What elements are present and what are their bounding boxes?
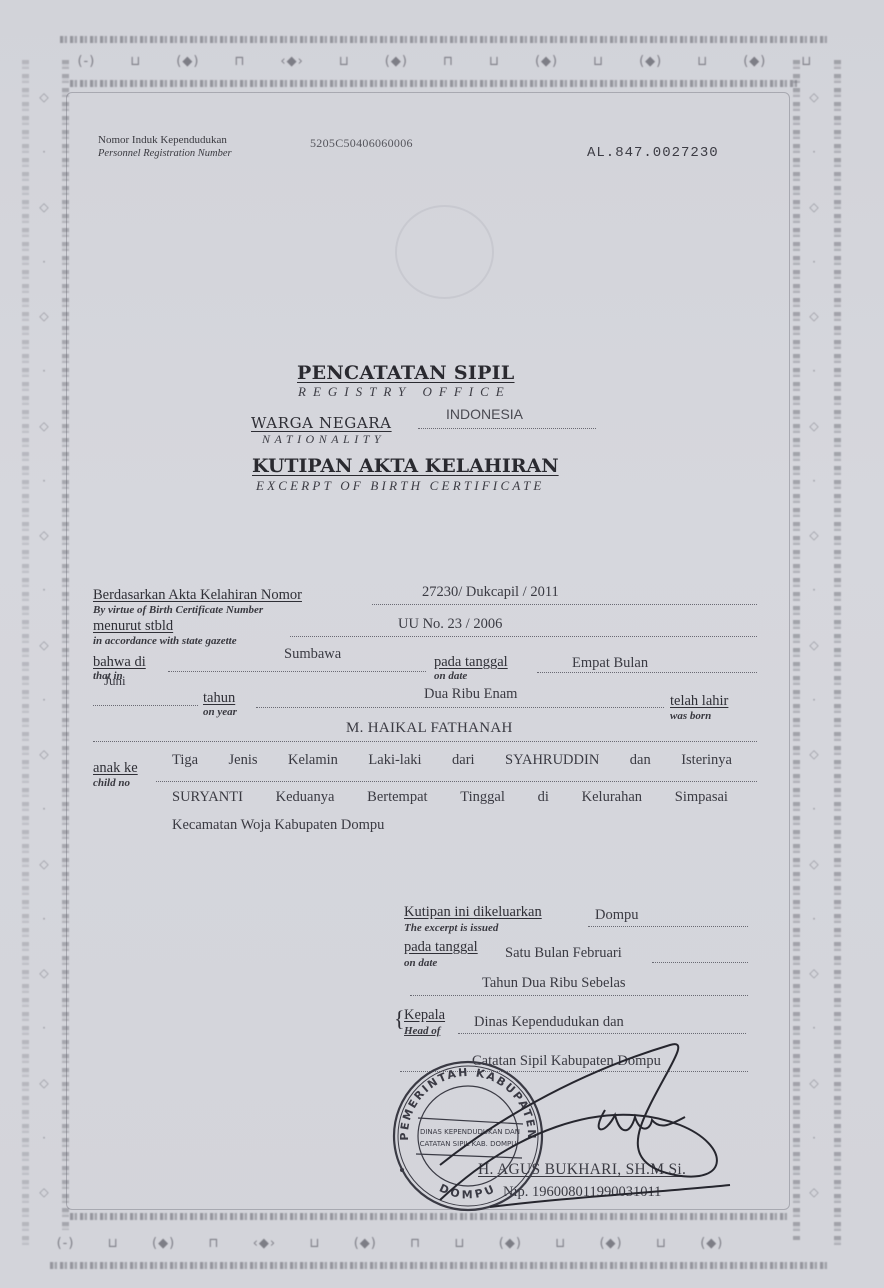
issued-label-en: The excerpt is issued: [404, 922, 498, 934]
border-band-left-outer: [22, 60, 29, 1250]
nik-label-id: Nomor Induk Kependudukan: [98, 134, 232, 147]
issue-year-value: Tahun Dua Ribu Sebelas: [482, 975, 626, 992]
nationality-value: INDONESIA: [446, 406, 523, 422]
border-motif-glyph: (◆): [639, 54, 662, 69]
issued-place-leader: [588, 926, 748, 927]
details-word: SYAHRUDDIN: [505, 752, 599, 769]
month-leader: [93, 705, 198, 706]
issued-label: Kutipan ini dikeluarkan: [404, 904, 542, 921]
head-label: Kepala: [404, 1007, 445, 1024]
border-motif-glyph: ·: [812, 802, 816, 816]
details-line-1: TigaJenisKelaminLaki-lakidariSYAHRUDDINd…: [172, 752, 732, 769]
issued-place: Dompu: [595, 907, 639, 924]
details-word: SURYANTI: [172, 789, 243, 806]
year-label-en: on year: [203, 706, 237, 718]
place-leader: [168, 671, 426, 672]
cert-number-label-en: By virtue of Birth Certificate Number: [93, 604, 263, 616]
border-motif-glyph: ·: [42, 1131, 46, 1145]
month-value: Juni: [104, 673, 126, 689]
border-band-bottom-outer: [50, 1262, 830, 1269]
stbld-label-en: in accordance with state gazette: [93, 635, 237, 647]
year-label: tahun: [203, 690, 235, 707]
details-word: Kelamin: [288, 752, 338, 769]
details-word: dari: [452, 752, 475, 769]
border-motif-glyph: ·: [812, 583, 816, 597]
issue-date-label: pada tanggal: [404, 939, 478, 956]
border-motif-glyph: (◆): [385, 54, 408, 69]
border-motif-glyph: ◇: [809, 638, 818, 652]
border-motif-glyph: ·: [812, 364, 816, 378]
child-no-leader: [156, 781, 757, 782]
border-motif-glyph: ◇: [39, 638, 48, 652]
border-motif-glyph: ⊔: [108, 1236, 119, 1251]
border-motif-glyph: ·: [812, 255, 816, 269]
border-motif-glyph: ·: [812, 145, 816, 159]
child-no-label-en: child no: [93, 777, 130, 789]
year-leader: [256, 707, 664, 708]
office-title-en: REGISTRY OFFICE: [298, 384, 511, 400]
border-motif-glyph: ⊔: [454, 1236, 465, 1251]
border-motif-glyph: (◆): [599, 1236, 622, 1251]
border-motif-glyph: ◇: [39, 747, 48, 761]
stbld-label: menurut stbld: [93, 618, 173, 635]
border-motif-glyph: ◇: [809, 747, 818, 761]
details-word: Tinggal: [460, 789, 505, 806]
nik-value: 5205C50406060006: [310, 136, 413, 151]
border-motif-glyph: ⊔: [339, 54, 350, 69]
details-word: dan: [630, 752, 651, 769]
border-motif-glyph: ·: [42, 255, 46, 269]
border-motif-glyph: ◇: [809, 309, 818, 323]
border-motif-glyph: ◇: [39, 90, 48, 104]
border-motif-glyph: ·: [42, 474, 46, 488]
details-word: Isterinya: [681, 752, 732, 769]
border-motif-glyph: ⊓: [234, 54, 245, 69]
border-motif-glyph: ◇: [809, 1185, 818, 1199]
border-motif-glyph: ·: [42, 583, 46, 597]
date-label: pada tanggal: [434, 654, 508, 671]
border-motif-glyph: ◇: [39, 200, 48, 214]
border-motif-glyph: ◇: [39, 857, 48, 871]
certificate-title-en: EXCERPT OF BIRTH CERTIFICATE: [256, 478, 545, 494]
border-motif-glyph: (-): [57, 1236, 75, 1251]
born-label: telah lahir: [670, 693, 728, 710]
nationality-leader: [418, 428, 596, 429]
border-motif-top: (-)⊔(◆)⊓‹◆›⊔(◆)⊓⊔(◆)⊔(◆)⊔(◆)⊔: [60, 50, 830, 72]
born-label-en: was born: [670, 710, 711, 722]
serial-number: AL.847.0027230: [587, 145, 719, 161]
border-motif-glyph: ◇: [39, 966, 48, 980]
certificate-paper: (-)⊔(◆)⊓‹◆›⊔(◆)⊓⊔(◆)⊔(◆)⊔(◆)⊔ (-)⊔(◆)⊓‹◆…: [0, 0, 884, 1288]
year-value: Dua Ribu Enam: [424, 686, 517, 703]
border-band-right-outer: [834, 60, 841, 1250]
border-motif-glyph: ◇: [39, 528, 48, 542]
border-motif-glyph: ·: [812, 693, 816, 707]
border-motif-glyph: ·: [42, 802, 46, 816]
issue-date-value: Satu Bulan Februari: [505, 945, 622, 962]
cert-number-value: 27230/ Dukcapil / 2011: [422, 584, 559, 601]
details-word: Tiga: [172, 752, 198, 769]
date-leader: [537, 672, 757, 673]
certificate-title: KUTIPAN AKTA KELAHIRAN: [252, 455, 559, 477]
border-motif-glyph: (◆): [176, 54, 199, 69]
border-motif-left: ◇·◇·◇·◇·◇·◇·◇·◇·◇·◇·◇: [36, 70, 52, 1220]
nik-label: Nomor Induk Kependudukan Personnel Regis…: [98, 134, 232, 160]
border-motif-glyph: ·: [42, 145, 46, 159]
border-motif-glyph: ⊓: [410, 1236, 421, 1251]
border-motif-glyph: (◆): [354, 1236, 377, 1251]
signature: [430, 1025, 760, 1215]
border-band-top-outer: [60, 36, 830, 43]
cert-number-leader: [372, 604, 757, 605]
border-motif-glyph: ⊓: [443, 54, 454, 69]
nationality-label: WARGA NEGARA: [251, 414, 392, 432]
border-motif-glyph: ⊔: [555, 1236, 566, 1251]
details-line-3: Kecamatan Woja Kabupaten Dompu: [172, 817, 384, 834]
nik-label-en: Personnel Registration Number: [98, 148, 232, 159]
border-motif-bottom: (-)⊔(◆)⊓‹◆›⊔(◆)⊓⊔(◆)⊔(◆)⊔(◆): [40, 1232, 740, 1254]
place-label: bahwa di: [93, 654, 146, 671]
border-motif-glyph: ⊔: [697, 54, 708, 69]
border-motif-glyph: ◇: [39, 1185, 48, 1199]
border-motif-glyph: ◇: [39, 309, 48, 323]
border-motif-right: ◇·◇·◇·◇·◇·◇·◇·◇·◇·◇·◇: [806, 70, 822, 1220]
border-motif-glyph: (◆): [152, 1236, 175, 1251]
border-band-right-inner: [793, 60, 800, 1240]
border-band-top-inner: [70, 80, 800, 87]
border-motif-glyph: ◇: [809, 419, 818, 433]
brace-mark: {: [394, 1008, 405, 1030]
place-value: Sumbawa: [284, 646, 341, 663]
details-line-2: SURYANTIKeduanyaBertempatTinggaldiKelura…: [172, 789, 728, 806]
details-word: Keduanya: [276, 789, 335, 806]
border-motif-glyph: ·: [812, 1131, 816, 1145]
border-motif-glyph: ·: [42, 912, 46, 926]
stbld-value: UU No. 23 / 2006: [398, 616, 502, 633]
border-motif-glyph: (◆): [743, 54, 766, 69]
child-name-leader: [93, 741, 757, 742]
details-word: Laki-laki: [368, 752, 421, 769]
border-motif-glyph: (-): [77, 54, 95, 69]
details-word: Kecamatan Woja Kabupaten Dompu: [172, 817, 384, 834]
border-motif-glyph: ◇: [39, 419, 48, 433]
border-motif-glyph: ◇: [809, 1076, 818, 1090]
border-motif-glyph: ⊓: [208, 1236, 219, 1251]
border-motif-glyph: ◇: [809, 966, 818, 980]
border-motif-glyph: ◇: [809, 200, 818, 214]
border-motif-glyph: ⊔: [656, 1236, 667, 1251]
border-motif-glyph: ⊔: [309, 1236, 320, 1251]
issue-date-leader: [652, 962, 748, 963]
child-name: M. HAIKAL FATHANAH: [346, 720, 513, 737]
border-motif-glyph: ·: [812, 1021, 816, 1035]
details-word: Jenis: [229, 752, 258, 769]
border-motif-glyph: ·: [42, 1021, 46, 1035]
border-motif-glyph: ◇: [809, 90, 818, 104]
border-motif-glyph: (◆): [700, 1236, 723, 1251]
cert-number-label: Berdasarkan Akta Kelahiran Nomor: [93, 587, 302, 604]
border-motif-glyph: ⊔: [130, 54, 141, 69]
border-motif-glyph: (◆): [499, 1236, 522, 1251]
border-motif-glyph: ·: [812, 474, 816, 488]
details-word: Kelurahan: [582, 789, 642, 806]
border-motif-glyph: ◇: [39, 1076, 48, 1090]
border-motif-glyph: ‹◆›: [280, 54, 303, 69]
date-label-en: on date: [434, 670, 467, 682]
child-no-label: anak ke: [93, 760, 138, 777]
issue-date-label-en: on date: [404, 957, 437, 969]
border-motif-glyph: ·: [812, 912, 816, 926]
border-motif-glyph: ‹◆›: [253, 1236, 276, 1251]
border-motif-glyph: ⊔: [489, 54, 500, 69]
details-word: Simpasai: [675, 789, 728, 806]
details-word: di: [538, 789, 549, 806]
border-motif-glyph: ⊔: [801, 54, 812, 69]
issue-year-leader: [410, 995, 748, 996]
date-value: Empat Bulan: [572, 655, 648, 672]
border-motif-glyph: (◆): [535, 54, 558, 69]
border-motif-glyph: ◇: [809, 528, 818, 542]
office-title: PENCATATAN SIPIL: [297, 362, 515, 384]
details-word: Bertempat: [367, 789, 427, 806]
nationality-label-en: NATIONALITY: [262, 432, 385, 447]
watermark-seal: [395, 205, 494, 299]
border-motif-glyph: ⊔: [593, 54, 604, 69]
border-motif-glyph: ·: [42, 693, 46, 707]
border-motif-glyph: ◇: [809, 857, 818, 871]
border-motif-glyph: ·: [42, 364, 46, 378]
stbld-leader: [290, 636, 757, 637]
